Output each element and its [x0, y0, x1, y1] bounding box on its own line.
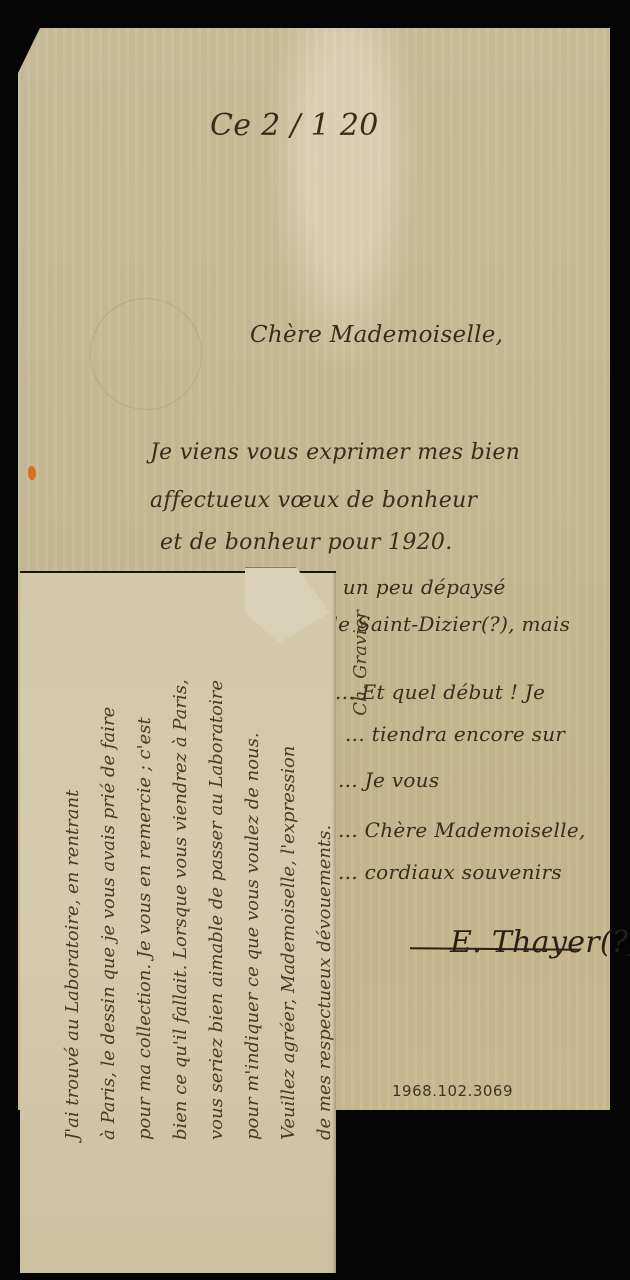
catalog-number: 1968.102.3069: [392, 1082, 513, 1100]
note-line: pour ma collection. Je vous en remercie …: [127, 580, 163, 1140]
note-line: à Paris, le dessin que je vous avais pri…: [91, 580, 127, 1140]
letter-date: Ce 2 / 1 20: [210, 108, 379, 143]
letter-salutation: Chère Mademoiselle,: [250, 322, 503, 348]
note-signature: Ch. Gravier: [343, 580, 379, 1140]
note-line: vous seriez bien aimable de passer au La…: [199, 580, 235, 1140]
orange-stain: [28, 466, 36, 480]
note-line: Veuillez agréer, Mademoiselle, l'express…: [271, 580, 307, 1140]
faint-pencil-sketch: [90, 298, 202, 410]
note-line: pour m'indiquer ce que vous voulez de no…: [235, 580, 271, 1140]
note-line: J'ai trouvé au Laboratoire, en rentrant: [55, 580, 91, 1140]
letter-line: et de bonheur pour 1920.: [160, 530, 453, 555]
letter-line: affectueux vœux de bonheur: [150, 488, 477, 513]
note-line: bien ce qu'il fallait. Lorsque vous vien…: [163, 580, 199, 1140]
note-line: de mes respectueux dévouements.: [307, 580, 343, 1140]
letter-line: Je viens vous exprimer mes bien: [150, 440, 520, 465]
note-text-block: J'ai trouvé au Laboratoire, en rentrant …: [55, 580, 379, 1140]
letter-signature: E. Thayer(?): [450, 925, 630, 960]
